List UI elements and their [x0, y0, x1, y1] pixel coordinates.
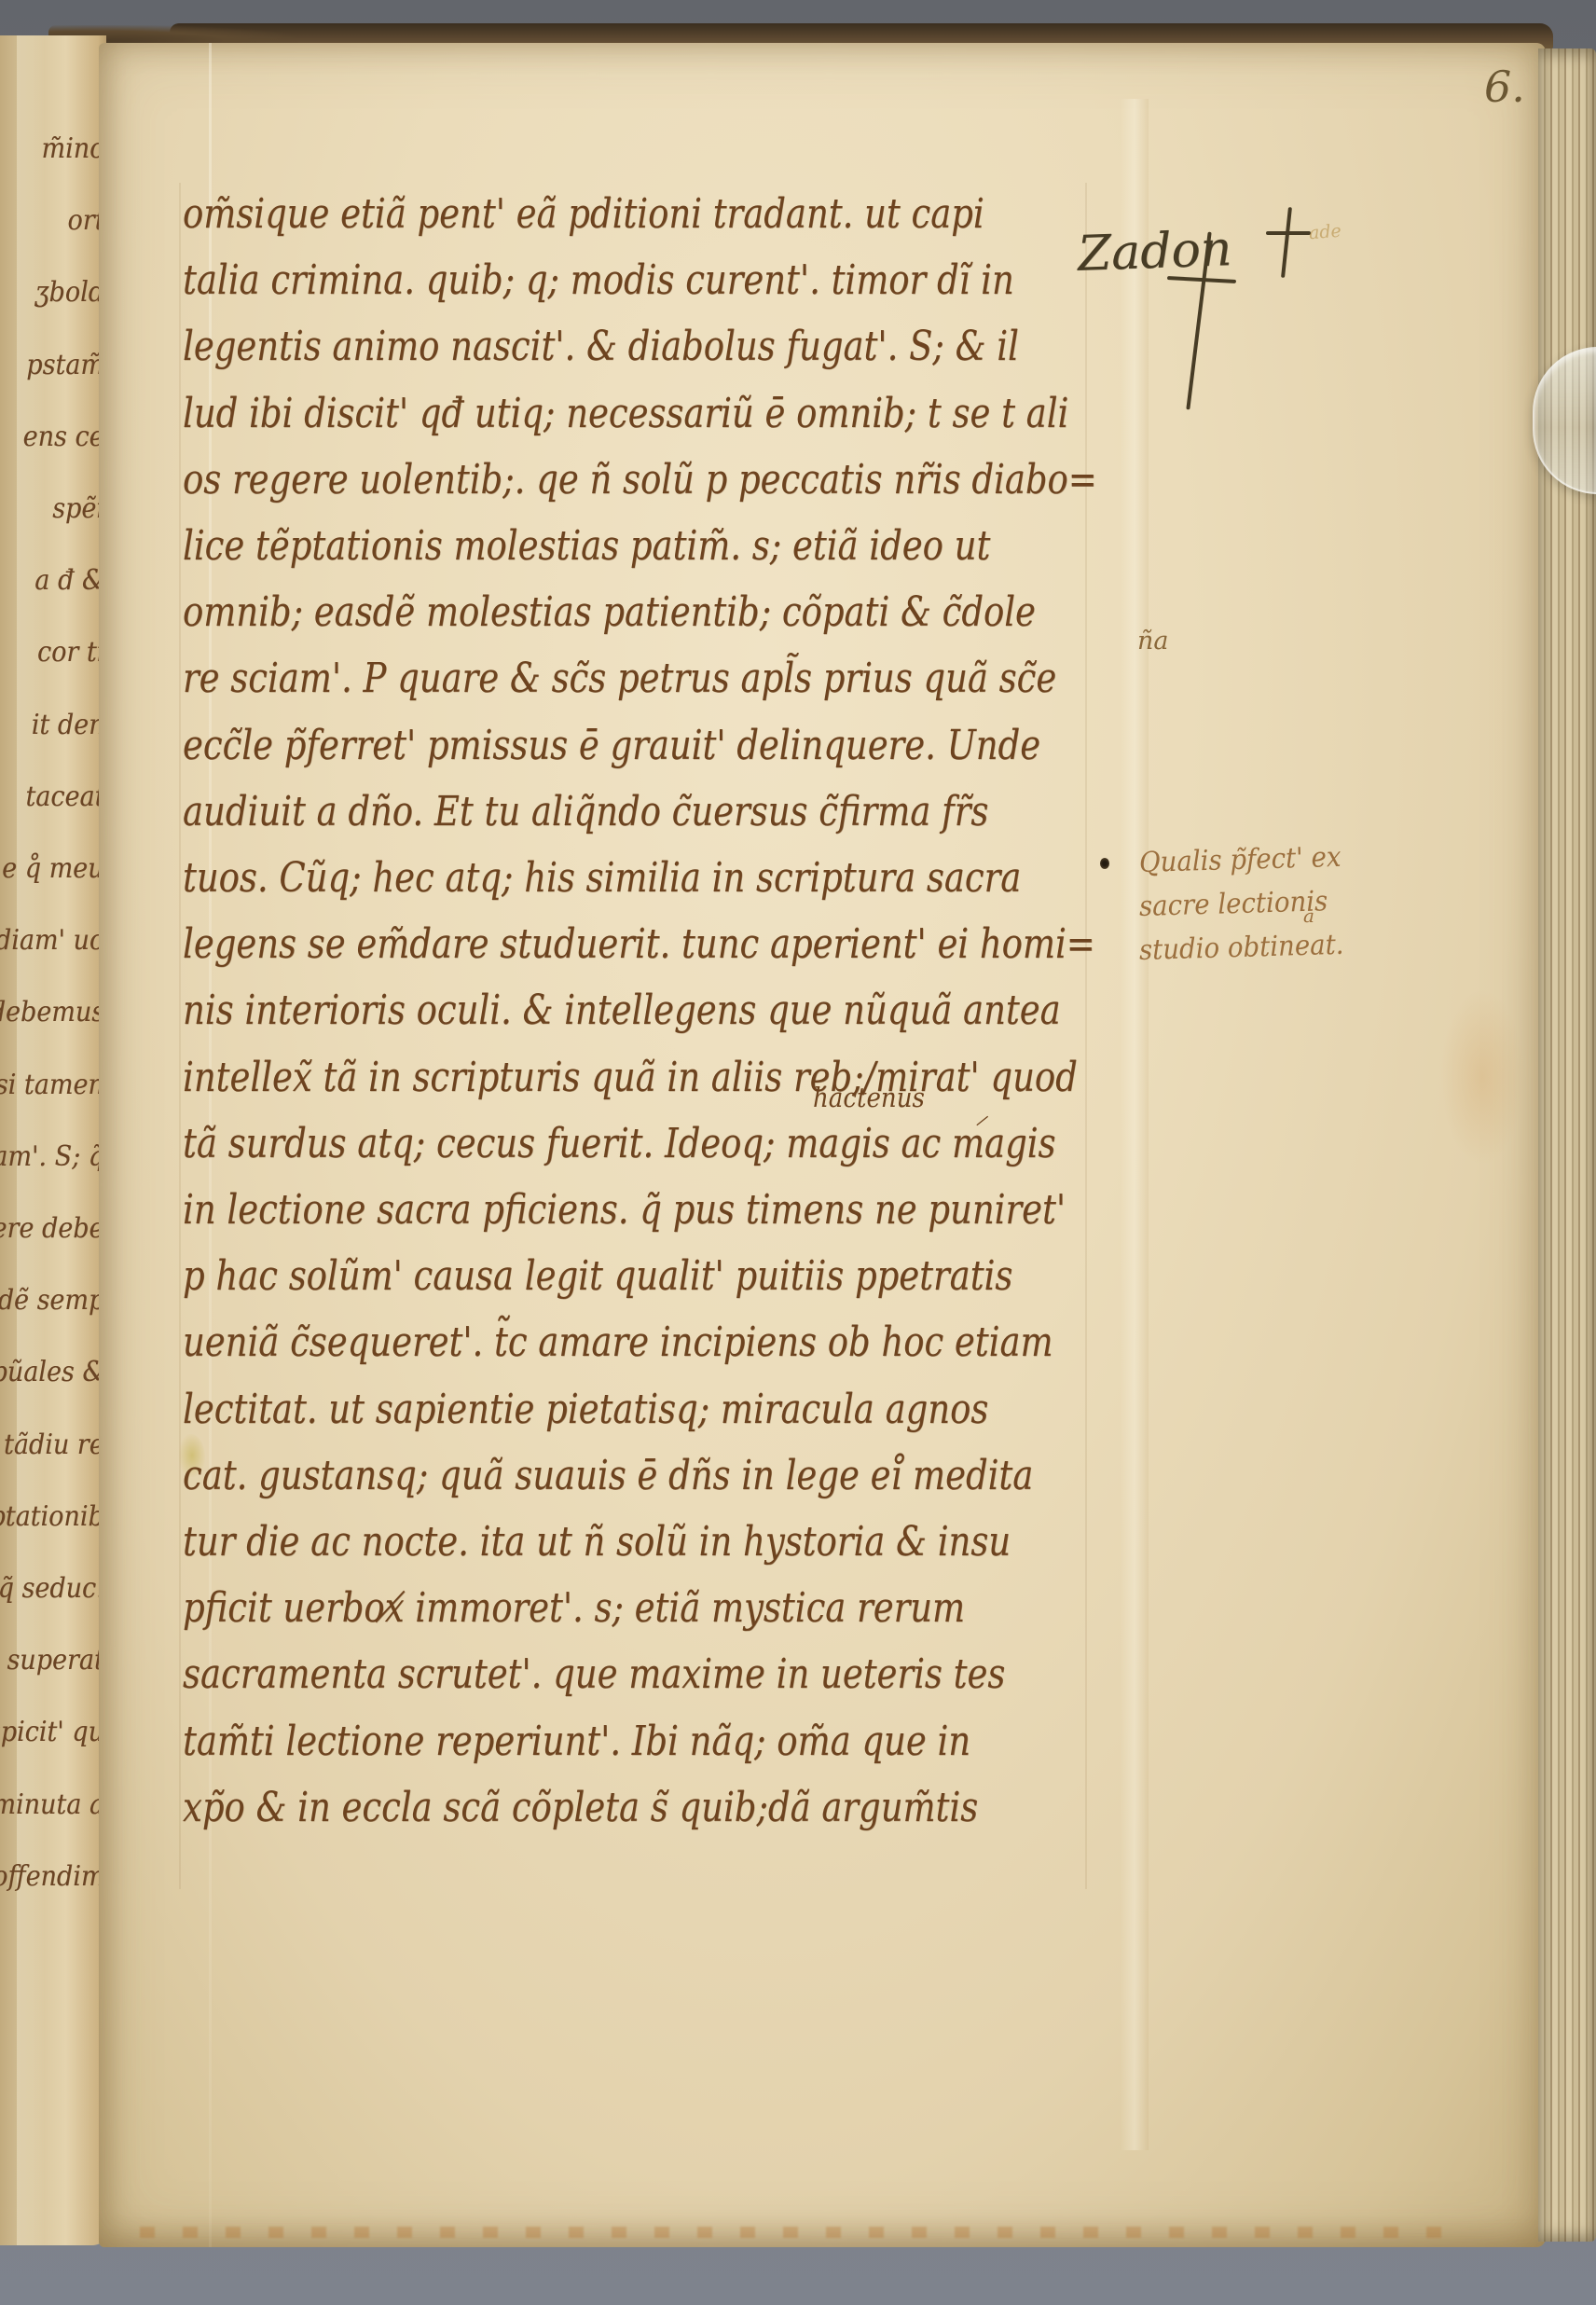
- text-line: audiuit a dño. Et tu aliq̃ndo c̃uersus c…: [183, 781, 988, 843]
- margin-note-line: studio obtineat.: [1139, 929, 1344, 967]
- margin-note-line: sacre lectionis: [1139, 885, 1328, 923]
- margin-annotation-na: ña: [1137, 627, 1169, 656]
- gutter-fragment: debemus: [0, 996, 104, 1028]
- text-line: legens se em̃dare studuerit. tunc aperie…: [183, 914, 1095, 975]
- gutter-fragment: adiam' uo: [0, 924, 104, 957]
- text-line: tuos. Cũq; hec atq; his similia in scrip…: [183, 848, 1021, 909]
- insertion-caret: ⸝: [975, 1097, 988, 1132]
- text-line: sacramenta scrutet'. que maxime in ueter…: [183, 1644, 1005, 1705]
- gutter-facing-page-strip: m̃inoortʒboldpstam̃ens cespẽia đ &cor ti…: [0, 35, 106, 2245]
- margin-note-line: Qualis p̃fect' ex: [1139, 841, 1341, 879]
- wormhole-dot: [1100, 858, 1109, 869]
- insertion-cross-mark: [1266, 207, 1313, 282]
- gutter-fragment: ē. si tamen: [0, 1069, 104, 1101]
- text-line: lectitat. ut sapientie pietatisq; miracu…: [183, 1379, 988, 1441]
- text-line: ecc̃le p̃ferret' pmissus ē grauit' delin…: [183, 715, 1040, 777]
- text-line: pficit uerbox̸ immoret'. s; etiã mystica…: [183, 1578, 965, 1639]
- text-line: intellex̃ tã in scripturis quã in aliis …: [183, 1047, 1078, 1109]
- margin-cross-mark: [1167, 231, 1240, 414]
- text-line: legentis animo nascit'. & diabolus fugat…: [183, 316, 1019, 378]
- gutter-fragment: taceat: [25, 780, 104, 813]
- gutter-fragment: pũales &: [0, 1356, 104, 1388]
- gutter-fragment: minuta a: [0, 1788, 104, 1821]
- gutter-fragment: q̃ seduc.: [0, 1572, 104, 1605]
- text-line: in lectione sacra pficiens. q̃ pus timen…: [183, 1180, 1066, 1241]
- manuscript-photo: m̃inoortʒboldpstam̃ens cespẽia đ &cor ti…: [0, 0, 1596, 2305]
- gutter-fragment: it den: [31, 709, 104, 741]
- gutter-fragment: spicit' qu: [0, 1716, 104, 1748]
- gutter-fragment: dẽ semp: [0, 1284, 104, 1317]
- gutter-fragment: cor ti: [37, 636, 104, 669]
- text-line: tur die ac nocte. ita ut ñ solũ in hysto…: [183, 1511, 1011, 1573]
- gutter-fragment: ʒbold: [34, 276, 104, 309]
- text-line: talia crimina. quib; q; modis curent'. t…: [183, 250, 1014, 311]
- text-line: lud ibi discit' qđ utiq; necessariũ ē om…: [183, 383, 1068, 445]
- text-line: omnib; easdẽ molestias patientib; cõpati…: [183, 582, 1036, 643]
- ruling-line-right: [1085, 183, 1087, 1889]
- text-line: tam̃ti lectione reperiunt'. Ibi nãq; om̃…: [183, 1711, 970, 1773]
- text-line: re sciam'. P quare & sc̃s petrus apl̃s p…: [183, 648, 1056, 710]
- gutter-fragment: tãdiu re: [4, 1429, 104, 1461]
- interlinear-addition: hactenus: [813, 1082, 925, 1113]
- gutter-fragment: ins superat: [0, 1644, 104, 1677]
- gutter-fragment: am'. S; q̃: [0, 1140, 104, 1173]
- margin-note-superscript: a: [1303, 904, 1314, 927]
- ruling-line-left: [179, 183, 181, 1889]
- gutter-fragment: spẽi: [52, 492, 104, 525]
- faint-interlinear-letters: ade: [1308, 221, 1341, 243]
- gutter-fragment: ens ce: [23, 421, 104, 453]
- gutter-fragment: e q̊ meu: [3, 852, 104, 885]
- text-line: cat. gustansq; quã suauis ē dñs in lege …: [183, 1445, 1033, 1507]
- gutter-fragment: ẽptationib: [0, 1500, 104, 1533]
- gutter-fragment: pstam̃: [26, 349, 104, 381]
- folio-number: 6.: [1484, 62, 1525, 112]
- text-line: lice tẽptationis molestias patim̃. s; et…: [183, 516, 990, 577]
- gutter-fragment: gere debe: [0, 1212, 104, 1245]
- text-line: om̃sique etiã pent' eã pditioni tradant.…: [183, 184, 984, 245]
- text-line: p hac solũm' causa legit qualit' puitiis…: [183, 1246, 1012, 1307]
- text-line: xp̃o & in eccla scã cõpleta s̃ quib;dã a…: [183, 1777, 978, 1839]
- text-line: tã surdus atq; cecus fuerit. Ideoq; magi…: [183, 1113, 1056, 1175]
- parchment-crease: [1121, 99, 1149, 2150]
- text-line: os regere uolentib;. qe ñ solũ p peccati…: [183, 449, 1097, 511]
- parchment-stain: [1440, 988, 1524, 1166]
- bottom-edge-speckles: [140, 2227, 1464, 2238]
- text-line: nis interioris oculi. & intellegens que …: [183, 980, 1061, 1042]
- gutter-fragment: as offendim: [0, 1860, 104, 1893]
- text-line: ueniã c̃sequeret'. t̃c amare incipiens o…: [183, 1312, 1053, 1373]
- gutter-fragment: m̃ino: [41, 132, 104, 165]
- gutter-fragment: a đ &: [34, 564, 104, 597]
